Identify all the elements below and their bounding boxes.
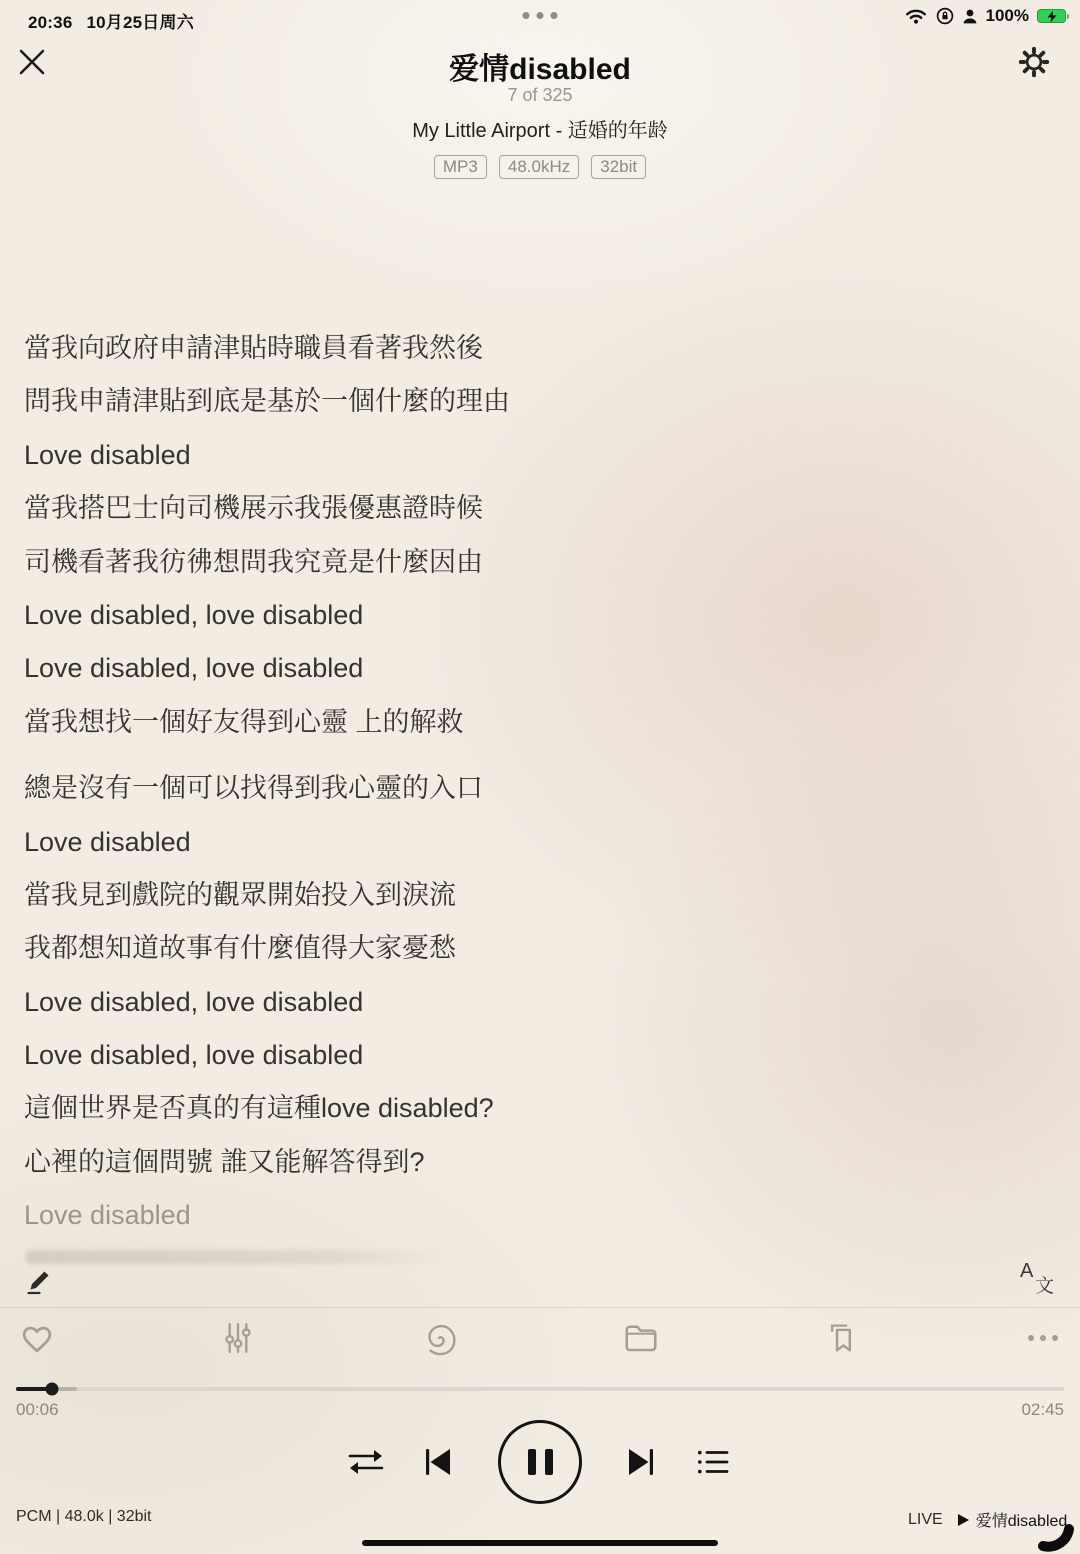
lyric-line[interactable]: 我都想知道故事有什麼值得大家憂愁 bbox=[24, 922, 1056, 975]
more-ellipsis-icon[interactable] bbox=[1022, 1316, 1064, 1360]
time-total: 02:45 bbox=[1021, 1400, 1064, 1420]
battery-percent: 100% bbox=[986, 6, 1029, 26]
lyric-line[interactable]: 總是沒有一個可以找得到我心靈的入口 bbox=[24, 762, 1056, 815]
lyric-line[interactable]: Love disabled, love disabled bbox=[24, 642, 1056, 695]
translate-letter-wen: 文 bbox=[1035, 1271, 1054, 1298]
playing-triangle-icon bbox=[957, 1513, 970, 1527]
lyric-line[interactable]: Love disabled bbox=[24, 429, 1056, 482]
status-bar-right: 100% bbox=[904, 6, 1066, 26]
time-elapsed: 00:06 bbox=[16, 1400, 59, 1420]
translate-letter-a: A bbox=[1020, 1260, 1033, 1283]
pause-button[interactable] bbox=[498, 1420, 582, 1504]
play-queue-list-icon[interactable] bbox=[696, 1448, 730, 1476]
wifi-icon bbox=[904, 7, 928, 25]
translate-icon[interactable]: A 文 bbox=[1018, 1260, 1054, 1298]
lyric-line[interactable]: 問我申請津貼到底是基於一個什麼的理由 bbox=[24, 375, 1056, 428]
badge-format: MP3 bbox=[434, 155, 487, 179]
battery-charging-icon bbox=[1037, 9, 1066, 23]
favorite-heart-icon[interactable] bbox=[16, 1316, 58, 1360]
clock: 20:36 bbox=[28, 13, 72, 32]
lyric-line[interactable]: 當我搭巴士向司機展示我張優惠證時候 bbox=[24, 482, 1056, 535]
music-player-lyrics-screen: { "colors": { "background": "#f2ece3", "… bbox=[0, 0, 1080, 1554]
equalizer-sliders-icon[interactable] bbox=[217, 1316, 259, 1360]
previous-track-icon[interactable] bbox=[423, 1446, 453, 1478]
lyric-line[interactable]: 心裡的這個問號 誰又能解答得到? bbox=[24, 1136, 1056, 1189]
lyric-line[interactable]: Love disabled, love disabled bbox=[24, 1029, 1056, 1082]
rotation-lock-icon bbox=[936, 7, 954, 25]
transport-controls bbox=[0, 1419, 1080, 1505]
toolbar-divider bbox=[0, 1307, 1080, 1308]
lyric-line[interactable]: 當我見到戲院的觀眾開始投入到淚流 bbox=[24, 869, 1056, 922]
corner-arc-decoration bbox=[1036, 1514, 1078, 1554]
lyric-line[interactable]: Love disabled, love disabled bbox=[24, 976, 1056, 1029]
output-format-info: PCM | 48.0k | 32bit bbox=[16, 1508, 151, 1526]
next-track-icon[interactable] bbox=[626, 1446, 656, 1478]
folder-icon[interactable] bbox=[620, 1316, 662, 1360]
lyric-line[interactable]: 這個世界是否真的有這種love disabled? bbox=[24, 1082, 1056, 1135]
format-badges: MP3 48.0kHz 32bit bbox=[0, 155, 1080, 179]
seek-thumb[interactable] bbox=[45, 1382, 58, 1395]
track-position: 7 of 325 bbox=[0, 85, 1080, 106]
date: 10月25日周六 bbox=[86, 13, 193, 32]
lyric-line[interactable]: Love disabled bbox=[24, 1189, 1056, 1242]
lyric-line[interactable]: 當我想找一個好友得到心靈 上的解救 bbox=[24, 696, 1056, 749]
seek-bar[interactable] bbox=[16, 1387, 1064, 1391]
lyric-line[interactable]: Love disabled bbox=[24, 816, 1056, 869]
play-order-swap-icon[interactable] bbox=[346, 1446, 386, 1478]
faded-next-lyric bbox=[26, 1250, 446, 1264]
multitasking-dots-icon[interactable] bbox=[523, 12, 558, 19]
status-bar-left: 20:3610月25日周六 bbox=[28, 8, 194, 33]
bookmark-pages-icon[interactable] bbox=[821, 1316, 863, 1360]
badge-samplerate: 48.0kHz bbox=[499, 155, 579, 179]
home-indicator[interactable] bbox=[362, 1540, 718, 1546]
lyrics-panel[interactable]: 當我向政府申請津貼時職員看著我然後問我申請津貼到底是基於一個什麼的理由Love … bbox=[24, 322, 1056, 1243]
person-icon bbox=[962, 8, 978, 25]
spiral-effect-icon[interactable] bbox=[418, 1316, 460, 1360]
artist-album: My Little Airport - 适婚的年龄 bbox=[0, 114, 1080, 143]
action-toolbar bbox=[0, 1316, 1080, 1360]
page-title: 爱情disabled bbox=[0, 44, 1080, 88]
lyric-line[interactable]: 司機看著我彷彿想問我究竟是什麼因由 bbox=[24, 536, 1056, 589]
badge-bitdepth: 32bit bbox=[591, 155, 646, 179]
lyric-line[interactable]: Love disabled, love disabled bbox=[24, 589, 1056, 642]
lyric-line[interactable]: 當我向政府申請津貼時職員看著我然後 bbox=[24, 322, 1056, 375]
edit-pencil-icon[interactable] bbox=[24, 1266, 54, 1296]
live-label: LIVE bbox=[908, 1511, 943, 1529]
